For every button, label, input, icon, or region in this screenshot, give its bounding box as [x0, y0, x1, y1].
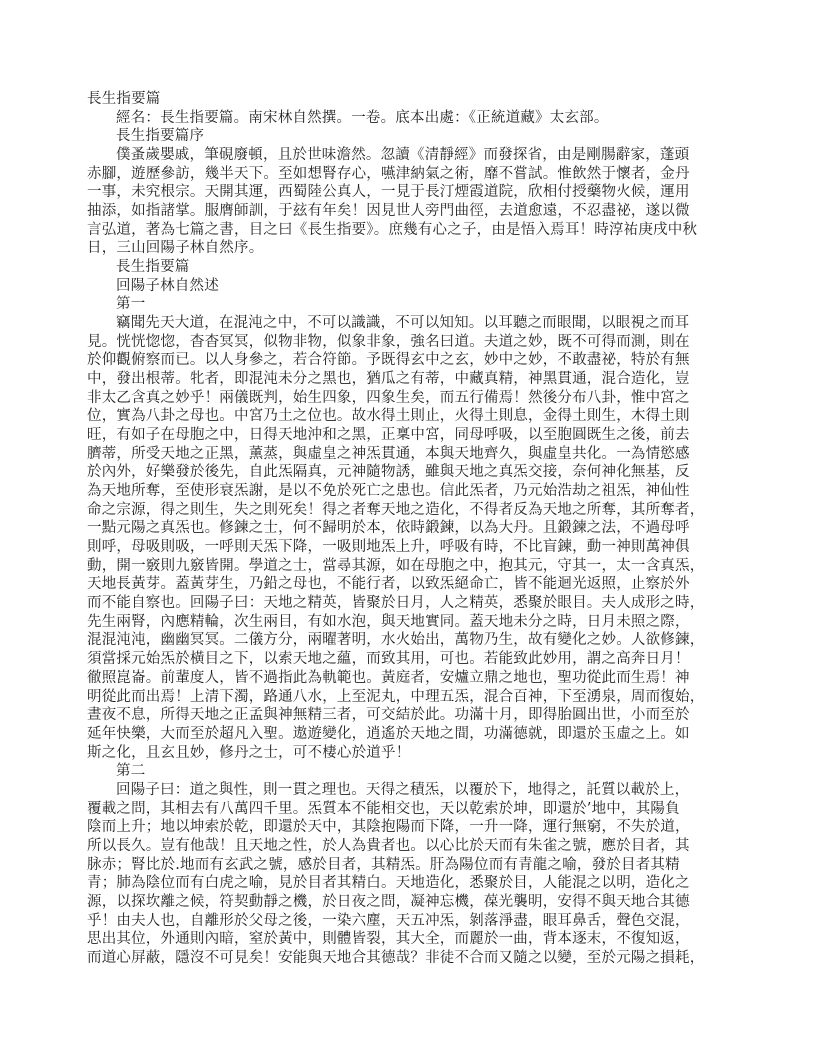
text-line: 回陽子曰：道之與性，則一貫之理也。天得之積炁，以覆於下，地得之，託質以載於上，: [87, 781, 735, 800]
text-line: 天地長黃芽。蓋黃芽生，乃鉛之母也，不能行者，以致炁絕命亡，皆不能迴光返照，止察於…: [87, 575, 735, 594]
text-line: 臍蒂，所受天地之正黑，薰蒸，與虛皇之神炁貫通，本與天地齊久，與虛皇共化。一為情慾…: [87, 445, 735, 464]
text-line: 僕蚤歲嬰戚，筆硯廢頓，且於世味澹然。忽讀《清靜經》而發探省，由是剛腸辭家，蓬頭: [87, 146, 735, 165]
text-line: 回陽子林自然述: [87, 277, 735, 296]
text-line: 長生指要篇: [87, 90, 735, 109]
text-line: 一點元陽之真炁也。修鍊之士，何不歸明於本，依時鍛鍊，以為大丹。且鍛鍊之法，不過母…: [87, 519, 735, 538]
text-line: 日，三山回陽子林自然序。: [87, 239, 735, 258]
text-line: 一事，未究根宗。天開其運，西蜀陸公真人，一見于長汀煙霞道院，欣相付授藥物火候，運…: [87, 183, 735, 202]
text-line: 乎！由夫人也，自離形於父母之後，一染六塵，天五冲炁，剝落淨盡，眼耳鼻舌，聲色交混…: [87, 912, 735, 931]
text-line: 而不能自察也。回陽子曰：天地之精英，皆聚於日月，人之精英，悉聚於眼目。夫人成形之…: [87, 594, 735, 613]
text-line: 而道心屏蔽，隱沒不可見矣！安能與天地合其德哉？非徒不合而又隨之以變，至於元陽之損…: [87, 949, 735, 968]
text-line: 先生兩腎，內應精輪，次生兩目，有如水泡，與天地實同。蓋天地未分之時，日月未照之際…: [87, 613, 735, 632]
document-page: 長生指要篇經名：長生指要篇。南宋林自然撰。一卷。底本出處：《正統道藏》太玄部。長…: [0, 0, 816, 1056]
text-line: 所以長久。豈有他哉！且天地之性，於人為貴者也。以心比於天而有朱雀之號，應於目者，…: [87, 837, 735, 856]
text-line: 須當採元始炁於橫目之下，以索天地之蘊，而致其用，可也。若能致此妙用，謂之高奔日月…: [87, 650, 735, 669]
text-line: 非太乙含真之妙乎！兩儀既判，始生四象，四象生矣，而五行備焉！然後分布八卦，惟中宮…: [87, 389, 735, 408]
text-line: 長生指要篇: [87, 258, 735, 277]
text-line: 赤腳，遊歷參訪，幾半天下。至如想腎存心，嚥津納氣之術，靡不嘗試。惟飲然于懷者，金…: [87, 165, 735, 184]
text-line: 言弘道，著為七篇之書，目之曰《長生指要》。庶幾有心之子，由是悟入焉耳！時淳祐庚戌…: [87, 221, 735, 240]
text-line: 源，以探坎離之候，符契動靜之機，於日夜之問，凝神忘機，葆光襲明，安得不與天地合其…: [87, 893, 735, 912]
text-line: 抽添，如指諸掌。服膺師訓，于玆有年矣！因見世人旁門曲徑，去道愈遠，不忍盡祕，遂以…: [87, 202, 735, 221]
text-line: 於仰觀俯察而已。以人身參之，若合符節。予既得玄中之玄，妙中之妙，不敢盡祕，特於有…: [87, 351, 735, 370]
text-line: 青；肺為陰位而有白虎之喻，見於目者其精白。天地造化，悉聚於目，人能混之以明，造化…: [87, 874, 735, 893]
text-line: 命之宗源，得之則生，失之則死矣！得之者奪天地之造化，不得者反為天地之所奪，其所奪…: [87, 501, 735, 520]
text-line: 竊聞先天大道，在混沌之中，不可以識識，不可以知知。以耳聽之而眼聞，以眼視之而耳: [87, 314, 735, 333]
text-line: 旺，有如子在母胞之中，日得天地沖和之黑，正稟中宮，同母呼吸，以至胞圓既生之後，前…: [87, 426, 735, 445]
text-line: 經名：長生指要篇。南宋林自然撰。一卷。底本出處：《正統道藏》太玄部。: [87, 109, 735, 128]
text-line: 位，實為八卦之母也。中宮乃土之位也。故水得土則止，火得土則息，金得土則生，木得土…: [87, 407, 735, 426]
text-line: 中，發出根蒂。牝者，即混沌未分之黑也，猶瓜之有蒂，中藏真精，神黑貫通，混合造化，…: [87, 370, 735, 389]
text-line: 徹照崑崙。前輩度人，皆不過指此為軌範也。黃庭者，安爐立鼎之地也，聖功從此而生焉！…: [87, 669, 735, 688]
text-line: 見。恍恍惚惚，杳杳冥冥，似物非物，似象非象，強名曰道。夫道之妙，既不可得而測，則…: [87, 333, 735, 352]
text-line: 混混沌沌，幽幽冥冥。二儀方分，兩曜著明，水火始出，萬物乃生，故有變化之妙。人欲修…: [87, 631, 735, 650]
text-line: 動，開一竅則九竅皆開。學道之士，當尋其源，如在母胞之中，抱其元，守其一，太一含真…: [87, 557, 735, 576]
text-line: 斯之化，且玄且妙，修丹之士，可不棲心於道乎！: [87, 744, 735, 763]
text-line: 明從此而出焉！上清下濁，路通八水，上至泥丸，中理五炁，混合百神，下至湧泉，周而復…: [87, 688, 735, 707]
text-line: 為天地所奪，至使形衰炁謝，是以不免於死亡之患也。信此炁者，乃元始浩劫之祖炁，神仙…: [87, 482, 735, 501]
text-line: 晝夜不息，所得天地之正孟與神無精三者，可交結於此。功滿十月，即得胎圓出世，小而至…: [87, 706, 735, 725]
text-line: 思出其位，外通則內暗，窒於黃中，則體皆裂，其大全，而麗於一曲，背本逐末，不復知返…: [87, 930, 735, 949]
text-line: 脉赤；腎比於.地而有玄武之號，感於目者，其精炁。肝為陽位而有青龍之喻，發於目者其…: [87, 856, 735, 875]
document-text: 長生指要篇經名：長生指要篇。南宋林自然撰。一卷。底本出處：《正統道藏》太玄部。長…: [87, 90, 735, 968]
text-line: 於內外，好樂發於後先，自此炁隔真，元神隨物誘，雖與天地之真炁交接，奈何神化無基，…: [87, 463, 735, 482]
text-line: 則呼，母吸則吸，一呼則天炁下降，一吸則地炁上升，呼吸有時，不比盲鍊，動一神則萬神…: [87, 538, 735, 557]
text-line: 覆載之問，其相去有八萬四千里。炁質本不能相交也，天以乾索於坤，即還於’地中，其陽…: [87, 800, 735, 819]
text-line: 陰而上升；地以坤索於乾，即還於天中，其陰抱陽而下降，一升一降，運行無窮，不失於道…: [87, 818, 735, 837]
text-line: 長生指要篇序: [87, 127, 735, 146]
text-line: 延年快樂，大而至於超凡入聖。遨遊變化，逍遙於天地之間，功滿德就，即還於玉虛之上。…: [87, 725, 735, 744]
text-line: 第一: [87, 295, 735, 314]
text-line: 第二: [87, 762, 735, 781]
